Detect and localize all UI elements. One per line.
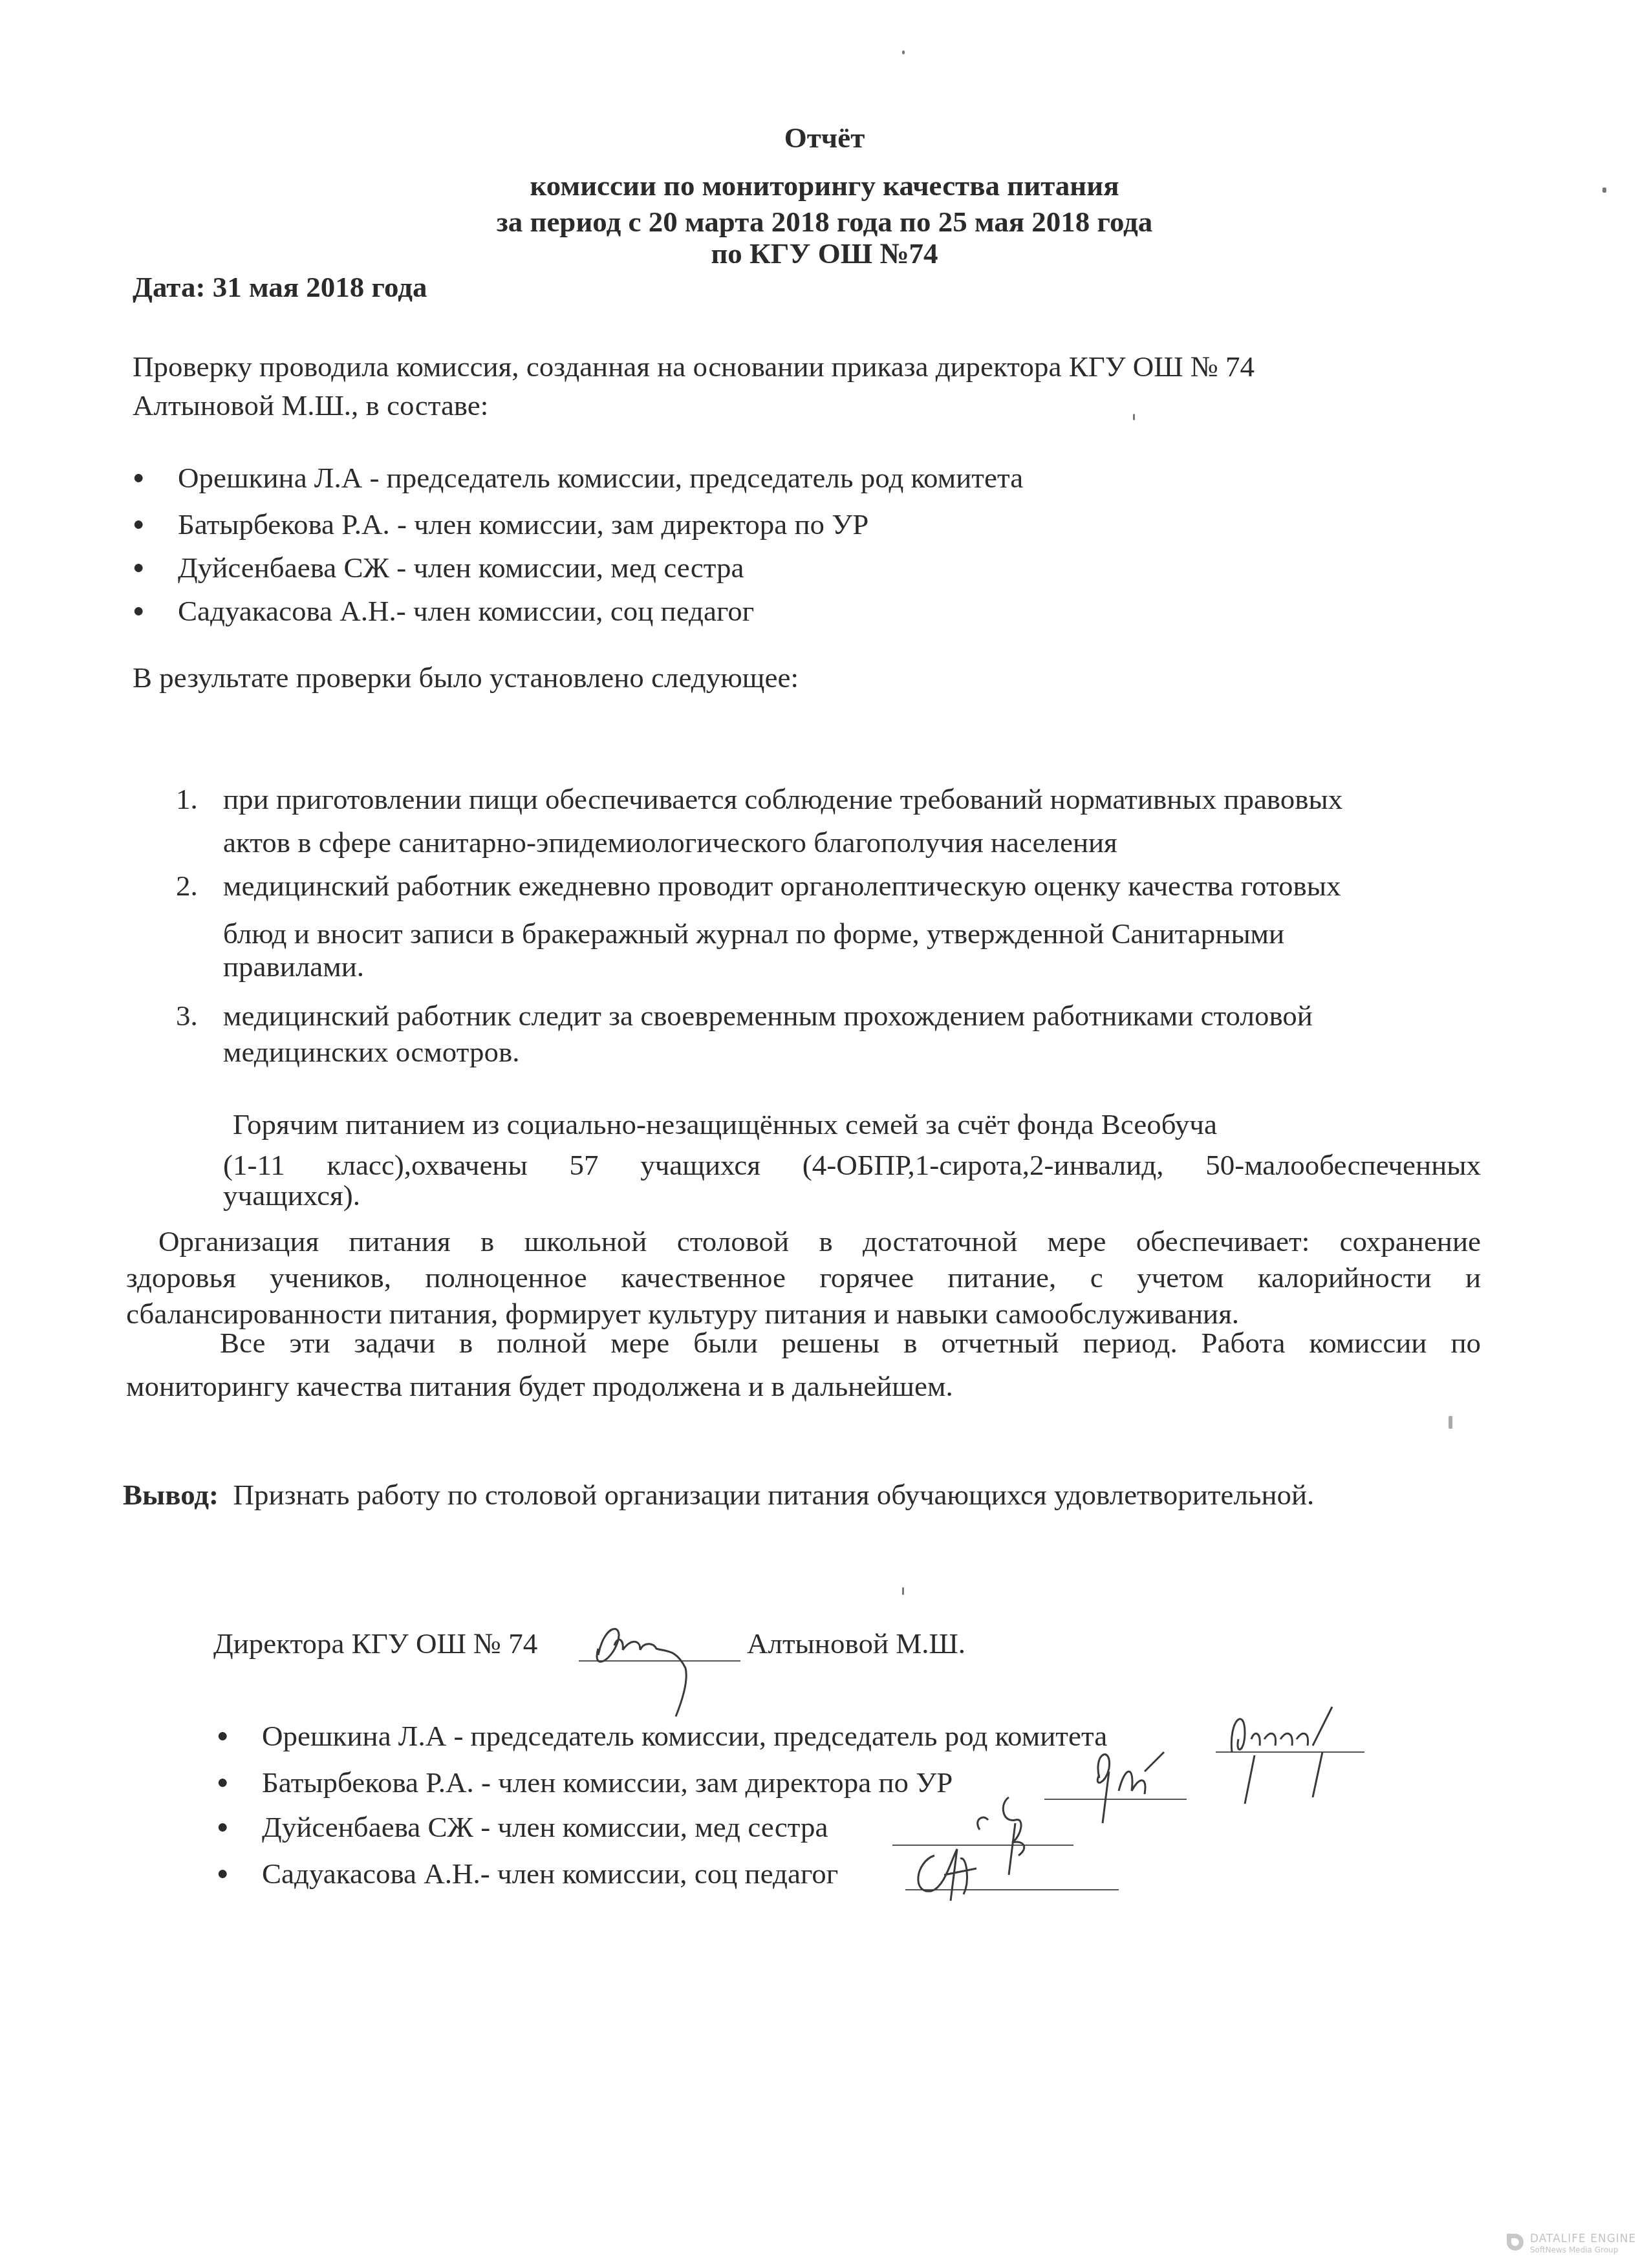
intro-line-1: Проверку проводила комиссия, созданная н… [133, 349, 1255, 384]
bullet-icon: ● [217, 1765, 228, 1800]
datalife-logo-icon [1507, 2234, 1524, 2251]
hot-meals-line-2: (1-11 класс),охвачены 57 учащихся (4-ОБП… [223, 1148, 1481, 1182]
conclusion: Вывод: Признать работу по столовой орган… [123, 1477, 1314, 1512]
report-subtitle-commission: комиссии по мониторингу качества питания [0, 168, 1649, 203]
bullet-icon: ● [133, 507, 144, 542]
signature-member: Садуакасова А.Н.- член комиссии, соц пед… [262, 1856, 838, 1891]
finding-number: 1. [176, 782, 198, 817]
finding-text: блюд и вносит записи в бракеражный журна… [223, 916, 1284, 951]
commission-member: Садуакасова А.Н.- член комиссии, соц пед… [178, 594, 754, 628]
finding-number: 3. [176, 998, 198, 1033]
watermark-brand: DATALIFE ENGINE [1530, 2232, 1636, 2245]
bullet-icon: ● [133, 460, 144, 495]
finding-text: актов в сфере санитарно-эпидемиологическ… [223, 825, 1117, 860]
bullet-icon: ● [217, 1856, 228, 1891]
scan-speck [1449, 1416, 1452, 1429]
commission-member: Орешкина Л.А - председатель комиссии, пр… [178, 460, 1023, 495]
report-date: Дата: 31 мая 2018 года [133, 270, 427, 305]
director-name: Алтыновой М.Ш. [747, 1626, 965, 1661]
signature-member: Батырбекова Р.А. - член комиссии, зам ди… [262, 1765, 953, 1800]
finding-text: медицинский работник ежедневно проводит … [223, 868, 1341, 903]
findings-intro: В результате проверки было установлено с… [133, 660, 799, 695]
bullet-icon: ● [133, 594, 144, 628]
hot-meals-line-1: Горячим питанием из социально-незащищённ… [233, 1107, 1217, 1142]
bullet-icon: ● [217, 1718, 228, 1753]
bullet-icon: ● [217, 1810, 228, 1845]
scan-speck [902, 1587, 904, 1595]
finding-text: медицинских осмотров. [223, 1034, 519, 1069]
signature-member: Дуйсенбаева СЖ - член комиссии, мед сест… [262, 1810, 828, 1845]
commission-member: Дуйсенбаева СЖ - член комиссии, мед сест… [178, 550, 744, 585]
member-signature-icon [905, 1830, 1009, 1907]
tasks-line-2: мониторингу качества питания будет продо… [126, 1369, 953, 1404]
bullet-icon: ● [133, 550, 144, 585]
signature-member: Орешкина Л.А - председатель комиссии, пр… [262, 1718, 1107, 1753]
member-signature-icon [1073, 1739, 1190, 1830]
conclusion-text: Признать работу по столовой организации … [233, 1479, 1315, 1511]
hot-meals-line-3: учащихся). [223, 1178, 360, 1213]
scan-speck [1602, 187, 1606, 193]
intro-line-2: Алтыновой М.Ш., в составе: [133, 388, 488, 423]
director-signature-icon [579, 1610, 747, 1720]
tasks-line-1: Все эти задачи в полной мере были решены… [220, 1325, 1481, 1360]
member-signature-icon [1216, 1694, 1371, 1804]
finding-number: 2. [176, 868, 198, 903]
commission-member: Батырбекова Р.А. - член комиссии, зам ди… [178, 507, 868, 542]
organization-line-2: здоровья учеников, полноценное качествен… [126, 1260, 1481, 1295]
watermark-company: SoftNews Media Group [1530, 2245, 1618, 2254]
conclusion-label: Вывод: [123, 1479, 219, 1511]
finding-text: при приготовлении пищи обеспечивается со… [223, 782, 1342, 817]
organization-line-1: Организация питания в школьной столовой … [158, 1224, 1481, 1259]
report-title: Отчёт [0, 120, 1649, 155]
scan-speck [1133, 414, 1135, 420]
finding-text: правилами. [223, 949, 364, 984]
report-subtitle-school: по КГУ ОШ №74 [0, 236, 1649, 271]
finding-text: медицинский работник следит за своевреме… [223, 998, 1313, 1033]
report-subtitle-period: за период с 20 марта 2018 года по 25 мая… [0, 204, 1649, 239]
director-prefix: Директора КГУ ОШ № 74 [213, 1626, 537, 1661]
scan-speck [902, 50, 905, 54]
